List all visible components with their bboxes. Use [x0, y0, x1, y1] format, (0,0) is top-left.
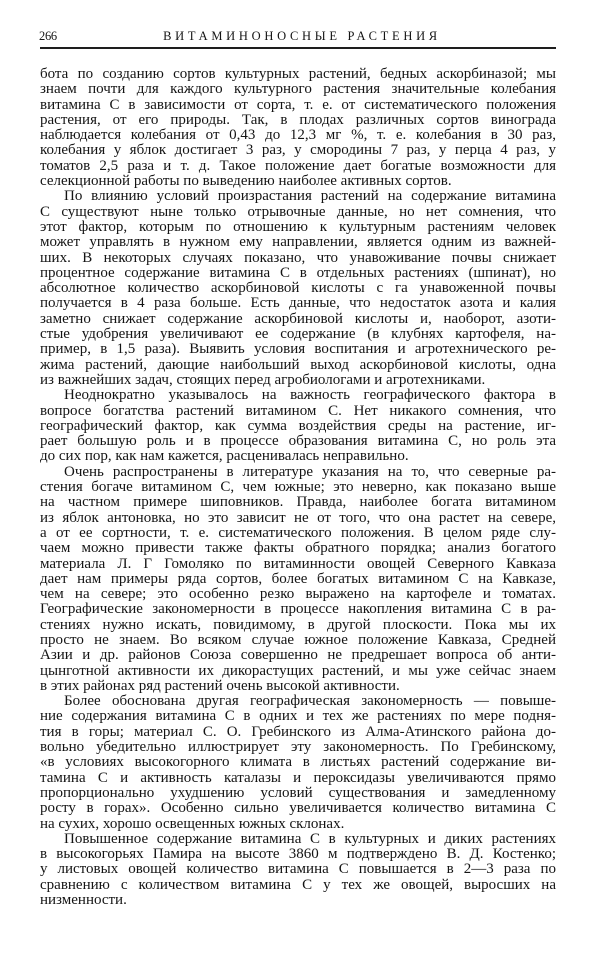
text-line: Географические закономерности в процессе… [40, 602, 556, 617]
text-line: сравнению с количеством витамина С у тех… [40, 878, 556, 893]
text-line: абсолютное количество аскорбиновой кисло… [40, 281, 556, 296]
text-line: Очень распространены в литературе указан… [40, 465, 556, 480]
paragraph: Очень распространены в литературе указан… [40, 465, 556, 694]
text-line: из яблок антоновка, но это зависит не от… [40, 511, 556, 526]
text-line: процентное содержание витамина С в отдел… [40, 266, 556, 281]
text-line: дает нам примеры ряда сортов, более бога… [40, 572, 556, 587]
text-line: По влиянию условий произрастания растени… [40, 189, 556, 204]
paragraph: Более обоснована другая географическая з… [40, 694, 556, 832]
text-line: до сих пор, как нам кажется, расценивала… [40, 449, 556, 464]
text-line: Азии и др. районов Союза совершенно не п… [40, 648, 556, 663]
text-line: Неоднократно указывалось на важность гео… [40, 388, 556, 403]
text-line: низменности. [40, 893, 556, 908]
text-line: тия в горы; материал С. О. Гребинского и… [40, 725, 556, 740]
text-line: рает большую роль и в процессе образован… [40, 434, 556, 449]
text-line: бота по созданию сортов культурных расте… [40, 67, 556, 82]
text-line: географический фактор, как сумма воздейс… [40, 419, 556, 434]
text-line: стые удобрения увеличивают ее содержание… [40, 327, 556, 342]
text-line: знаем почти для каждого культурного раст… [40, 82, 556, 97]
text-line: этот фактор, которым по отношению к куль… [40, 220, 556, 235]
text-line: чаем можно привести также факты обратног… [40, 541, 556, 556]
page-body: бота по созданию сортов культурных расте… [40, 67, 556, 908]
paragraph: Неоднократно указывалось на важность гео… [40, 388, 556, 464]
text-line: у листовых овощей количество витамина С … [40, 862, 556, 877]
text-line: растения, от его природы. Так, в плодах … [40, 113, 556, 128]
text-line: селекционной работы по выведению наиболе… [40, 174, 556, 189]
text-line: витамина С в зависимости от сорта, т. е.… [40, 98, 556, 113]
paragraph: Повышенное содержание витамина С в культ… [40, 832, 556, 908]
text-line: наблюдается колебания от 0,43 до 12,3 мг… [40, 128, 556, 143]
text-line: на частном примере шиповников. Правда, н… [40, 495, 556, 510]
text-line: «в условиях высокогорного климата в лист… [40, 755, 556, 770]
text-line: на сухих, хорошо освещенных южных склона… [40, 817, 556, 832]
text-line: С существуют ныне только отрывочные данн… [40, 205, 556, 220]
running-head: ВИТАМИНОНОСНЫЕ РАСТЕНИЯ [0, 29, 600, 43]
paragraph: По влиянию условий произрастания растени… [40, 189, 556, 388]
text-line: заметно снижает содержание аскорбиновой … [40, 312, 556, 327]
text-line: материала Л. Г Гомоляко по витаминности … [40, 557, 556, 572]
text-line: цынготной активности их дикорастущих рас… [40, 664, 556, 679]
text-line: жима растений, дающие наибольший выход а… [40, 358, 556, 373]
text-line: получается в 4 раза больше. Есть данные,… [40, 296, 556, 311]
header-rule [40, 47, 556, 49]
text-line: пропорционально ухудшению условий сущест… [40, 786, 556, 801]
text-line: в этих районах ряд растений очень высоко… [40, 679, 556, 694]
text-line: росту в горах». Особенно сильно увеличив… [40, 801, 556, 816]
text-line: а от ее сортности, т. е. систематическог… [40, 526, 556, 541]
text-line: в высокогорьях Памира на высоте 3860 м п… [40, 847, 556, 862]
text-line: просто не знаем. Во всяком случае южное … [40, 633, 556, 648]
text-line: стениях нужно искать, повидимому, в друг… [40, 618, 556, 633]
text-line: пример, в 1,5 раза). Выявить условия вос… [40, 342, 556, 357]
text-line: колебания у яблок достигает 3 раз, у смо… [40, 143, 556, 158]
text-line: вольно убедительно иллюстрирует эту зако… [40, 740, 556, 755]
text-line: Повышенное содержание витамина С в культ… [40, 832, 556, 847]
text-line: томатов 2,5 раза и т. д. Такое положение… [40, 159, 556, 174]
text-line: ние содержания витамина С в одних и тех … [40, 709, 556, 724]
text-line: чем на севере; это особенно резко выраже… [40, 587, 556, 602]
text-line: стения богаче витамином С, чем южные; эт… [40, 480, 556, 495]
text-line: из важнейших задач, стоящих перед агроби… [40, 373, 556, 388]
text-line: вопросе богатства растений витамином С. … [40, 404, 556, 419]
paragraph: бота по созданию сортов культурных расте… [40, 67, 556, 189]
text-line: может управлять в нужном ему направлении… [40, 235, 556, 250]
text-line: Более обоснована другая географическая з… [40, 694, 556, 709]
text-line: тамина С и активность каталазы и перокси… [40, 771, 556, 786]
text-line: ших. В некоторых случаях показано, что у… [40, 251, 556, 266]
